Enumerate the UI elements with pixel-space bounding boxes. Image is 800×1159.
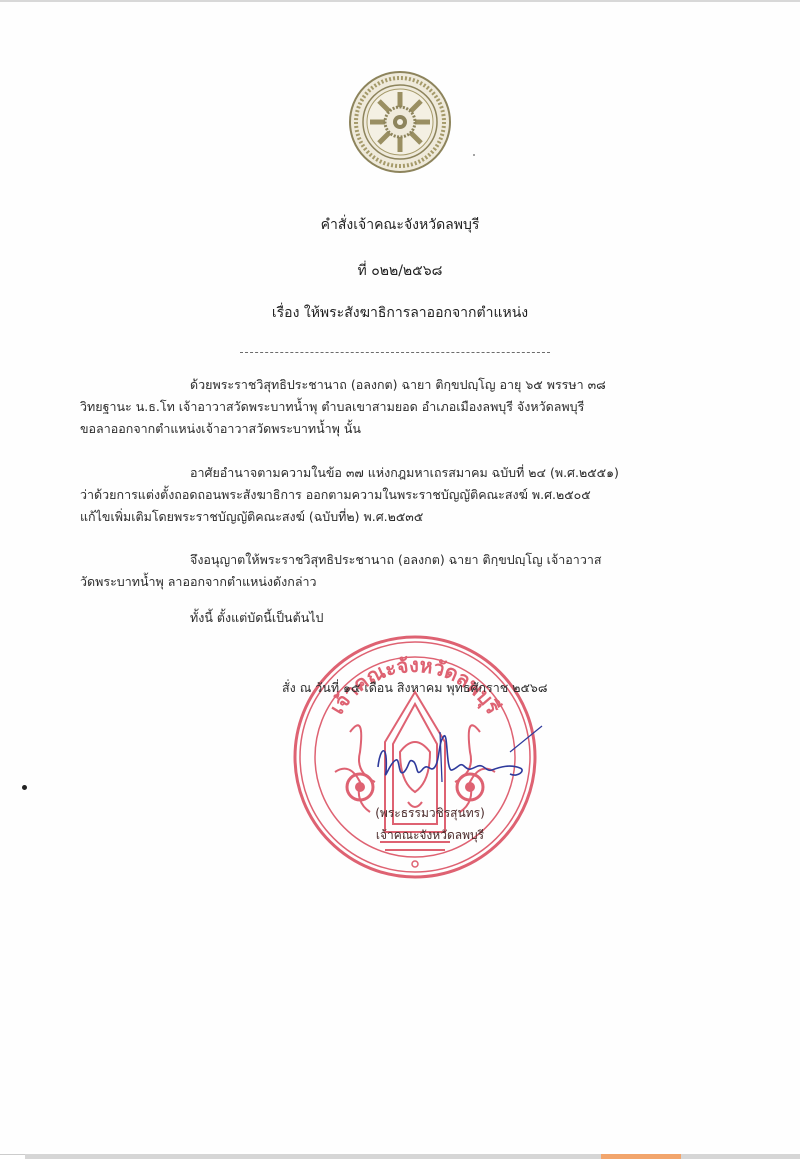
paragraph-line: จึงอนุญาตให้พระราชวิสุทธิประชานาถ (อลงกต… [80,549,730,571]
separator-line [240,352,550,353]
paragraph-line: แก้ไขเพิ่มเติมโดยพระราชบัญญัติคณะสงฆ์ (ฉ… [80,506,730,528]
signer-block: (พระธรรมวชิรสุนทร) เจ้าคณะจังหวัดลพบุรี [330,802,530,846]
paragraph-line: อาศัยอำนาจตามความในข้อ ๓๗ แห่งกฎมหาเถรสม… [80,462,730,484]
document-number: ที่ ๐๒๒/๒๕๖๘ [0,260,800,282]
paragraph-line: ด้วยพระราชวิสุทธิประชานาถ (อลงกต) ฉายา ต… [80,374,730,396]
scan-speck [22,785,27,790]
order-date: สั่ง ณ วันที่ ๑๕ เดือน สิงหาคม พุทธศักรา… [282,678,548,698]
paragraph-approval: จึงอนุญาตให้พระราชวิสุทธิประชานาถ (อลงกต… [80,549,730,593]
dharma-wheel-emblem-icon [348,70,452,174]
scrollbar-start [0,1154,25,1159]
paragraph-authority: อาศัยอำนาจตามความในข้อ ๓๗ แห่งกฎมหาเถรสม… [80,462,730,528]
scan-dot [473,154,475,156]
signer-name: (พระธรรมวชิรสุนทร) [330,802,530,824]
signer-title: เจ้าคณะจังหวัดลพบุรี [330,824,530,846]
document-subject: เรื่อง ให้พระสังฆาธิการลาออกจากตำแหน่ง [0,302,800,324]
paragraph-line: วิทยฐานะ น.ธ.โท เจ้าอาวาสวัดพระบาทน้ำพุ … [80,396,730,418]
scrollbar-thumb[interactable] [601,1154,681,1159]
paragraph-line: ขอลาออกจากตำแหน่งเจ้าอาวาสวัดพระบาทน้ำพุ… [80,418,730,440]
paragraph-line: ทั้งนี้ ตั้งแต่บัดนี้เป็นต้นไป [80,607,730,629]
paragraph-line: วัดพระบาทน้ำพุ ลาออกจากตำแหน่งดังกล่าว [80,571,730,593]
paragraph-line: ว่าด้วยการแต่งตั้งถอดถอนพระสังฆาธิการ ออ… [80,484,730,506]
signature [360,722,550,802]
document-page: คำสั่งเจ้าคณะจังหวัดลพบุรี ที่ ๐๒๒/๒๕๖๘ … [0,2,800,1152]
paragraph-request: ด้วยพระราชวิสุทธิประชานาถ (อลงกต) ฉายา ต… [80,374,730,440]
document-heading: คำสั่งเจ้าคณะจังหวัดลพบุรี [0,214,800,236]
paragraph-effective: ทั้งนี้ ตั้งแต่บัดนี้เป็นต้นไป [80,607,730,629]
horizontal-scrollbar[interactable] [0,1154,800,1159]
